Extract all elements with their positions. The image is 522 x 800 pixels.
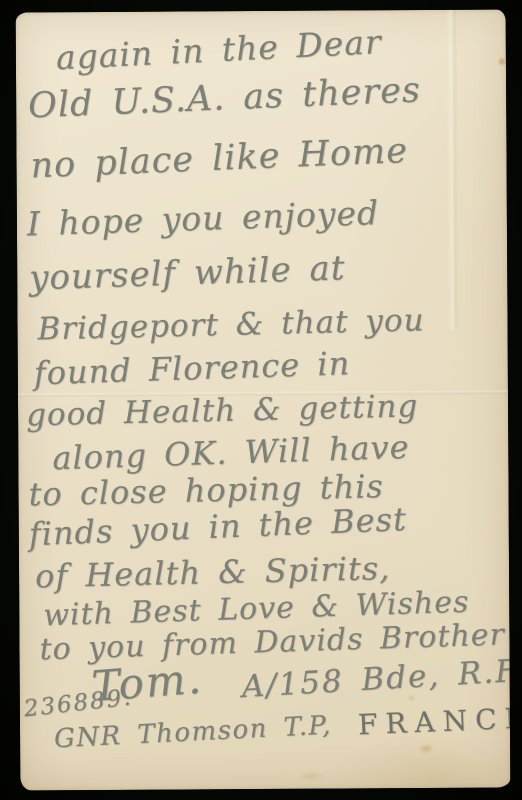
paper-stain [418, 743, 434, 754]
handwritten-line-2: Old U.S.A. as theres [27, 70, 421, 126]
letter-paper: again in the Dear Old U.S.A. as theres n… [16, 10, 511, 791]
handwritten-line-8: good Health & getting [26, 388, 419, 433]
handwritten-line-4: I hope you enjoyed [26, 193, 379, 243]
country-line: FRANCE [357, 701, 510, 741]
handwritten-line-7: found Florence in [33, 344, 350, 392]
handwritten-line-6: Bridgeport & that you [37, 302, 425, 347]
paper-stain [296, 771, 326, 782]
scanned-letter-photo: again in the Dear Old U.S.A. as theres n… [0, 0, 522, 800]
signature-name: Tom. [90, 654, 205, 711]
handwritten-line-5: yourself while at [29, 248, 346, 298]
handwritten-line-1: again in the Dear [55, 22, 383, 77]
rank-name-line: GNR Thomson T.P, [53, 710, 332, 754]
handwritten-line-3: no place like Home [30, 131, 409, 186]
paper-crease-vertical [446, 10, 460, 330]
